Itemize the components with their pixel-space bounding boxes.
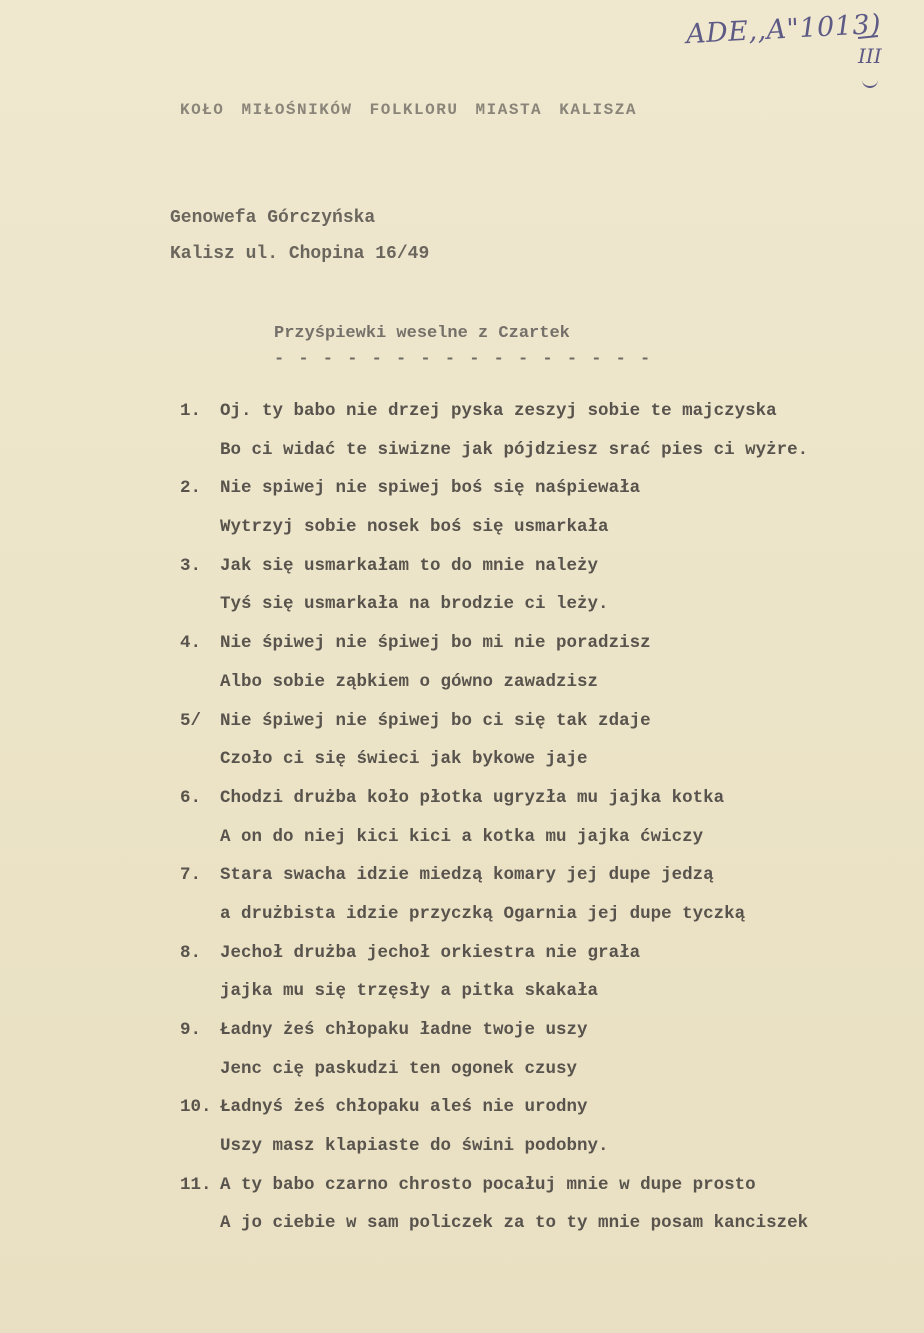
verse-number: 9. [180, 1015, 220, 1045]
verse-line: Jenc cię paskudzi ten ogonek czusy [180, 1054, 900, 1093]
archive-mark: III [858, 44, 882, 68]
verse-number: 1. [180, 396, 220, 426]
verse-number: 7. [180, 860, 220, 890]
title-underline: - - - - - - - - - - - - - - - - [274, 350, 652, 369]
verse-text: Jak się usmarkałam to do mnie należy [220, 556, 598, 576]
verse-line: Albo sobie ząbkiem o gówno zawadzisz [180, 667, 900, 706]
verse-line: A jo ciebie w sam policzek za to ty mnie… [180, 1208, 900, 1247]
verse-line: Tyś się usmarkała na brodzie ci leży. [180, 589, 900, 628]
verse-line: A on do niej kici kici a kotka mu jajka … [180, 822, 900, 861]
verse-text: Oj. ty babo nie drzej pyska zeszyj sobie… [220, 401, 777, 421]
verse-number: 4. [180, 628, 220, 658]
verse-number: 3. [180, 551, 220, 581]
author-address: Kalisz ul. Chopina 16/49 [170, 236, 429, 272]
verse-number: 11. [180, 1170, 220, 1200]
verse-line: 2.Nie spiwej nie spiwej boś się naśpiewa… [180, 473, 900, 512]
handwritten-curve [862, 80, 878, 88]
verse-line: 3.Jak się usmarkałam to do mnie należy [180, 551, 900, 590]
verse-text: A ty babo czarno chrosto pocałuj mnie w … [220, 1175, 756, 1195]
verse-line: 5/Nie śpiwej nie śpiwej bo ci się tak zd… [180, 706, 900, 745]
verse-line: Wytrzyj sobie nosek boś się usmarkała [180, 512, 900, 551]
verse-number: 2. [180, 473, 220, 503]
verse-text: Nie śpiwej nie śpiwej bo ci się tak zdaj… [220, 711, 651, 731]
verse-number: 6. [180, 783, 220, 813]
verse-line: Czoło ci się świeci jak bykowe jaje [180, 744, 900, 783]
verse-number: 5/ [180, 706, 220, 736]
verse-text: Nie śpiwej nie śpiwej bo mi nie poradzis… [220, 633, 651, 653]
verse-line: 8.Jechoł drużba jechoł orkiestra nie gra… [180, 938, 900, 977]
verse-line: Bo ci widać te siwizne jak pójdziesz sra… [180, 435, 900, 474]
verse-line: 4.Nie śpiwej nie śpiwej bo mi nie poradz… [180, 628, 900, 667]
author-block: Genowefa Górczyńska Kalisz ul. Chopina 1… [170, 200, 429, 272]
verse-line: Uszy masz klapiaste do świni podobny. [180, 1131, 900, 1170]
verse-text: Stara swacha idzie miedzą komary jej dup… [220, 865, 714, 885]
verse-line: 11.A ty babo czarno chrosto pocałuj mnie… [180, 1170, 900, 1209]
verse-line: 9.Ładny żeś chłopaku ładne twoje uszy [180, 1015, 900, 1054]
organization-header: KOŁO MIŁOŚNIKÓW FOLKLORU MIASTA KALISZA [180, 101, 637, 119]
verse-number: 10. [180, 1092, 220, 1122]
verse-line: 10.Ładnyś żeś chłopaku aleś nie urodny [180, 1092, 900, 1131]
verse-line: 7.Stara swacha idzie miedzą komary jej d… [180, 860, 900, 899]
archive-call-number: ADE,,A"1013) [685, 9, 882, 50]
verse-text: Jechoł drużba jechoł orkiestra nie grała [220, 943, 640, 963]
verse-line: 6.Chodzi drużba koło płotka ugryzła mu j… [180, 783, 900, 822]
verse-text: Ładny żeś chłopaku ładne twoje uszy [220, 1020, 588, 1040]
verse-text: Ładnyś żeś chłopaku aleś nie urodny [220, 1097, 588, 1117]
verse-line: jajka mu się trzęsły a pitka skakała [180, 976, 900, 1015]
author-name: Genowefa Górczyńska [170, 200, 429, 236]
verse-text: Nie spiwej nie spiwej boś się naśpiewała [220, 478, 640, 498]
verse-line: 1.Oj. ty babo nie drzej pyska zeszyj sob… [180, 396, 900, 435]
verse-text: Chodzi drużba koło płotka ugryzła mu jaj… [220, 788, 724, 808]
verse-list: 1.Oj. ty babo nie drzej pyska zeszyj sob… [180, 396, 900, 1247]
verse-line: a drużbista idzie przyczką Ogarnia jej d… [180, 899, 900, 938]
document-title: Przyśpiewki weselne z Czartek [274, 324, 570, 343]
verse-number: 8. [180, 938, 220, 968]
document-page: ADE,,A"1013) III KOŁO MIŁOŚNIKÓW FOLKLOR… [0, 0, 924, 1333]
